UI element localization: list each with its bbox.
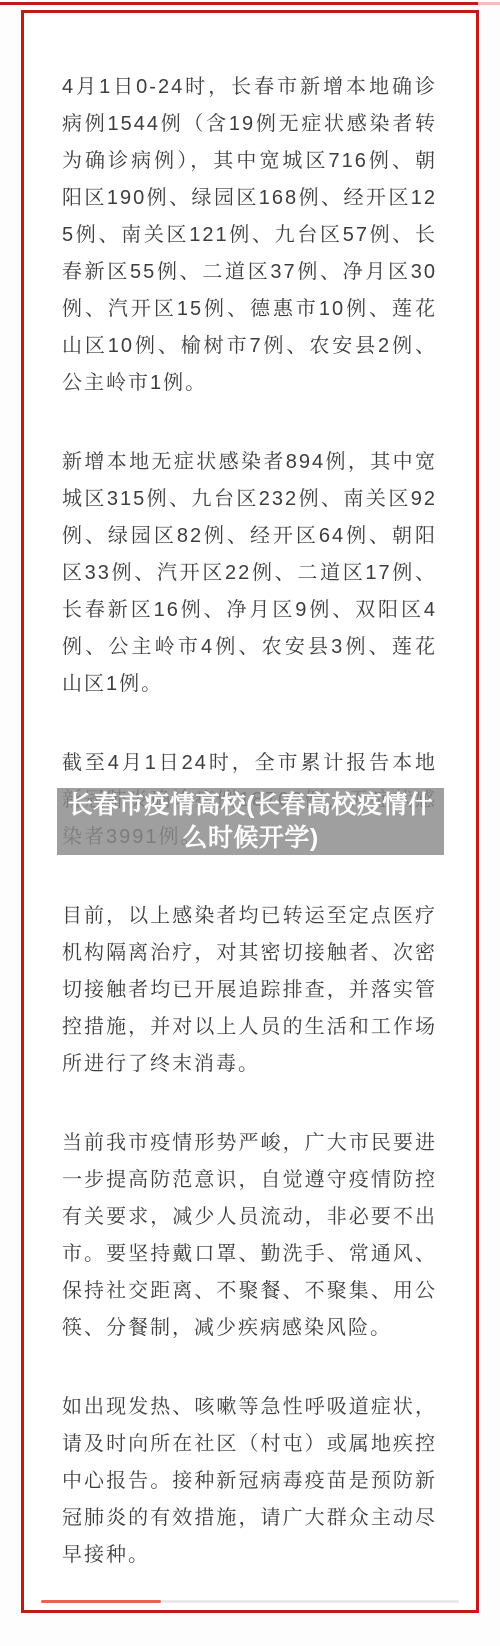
article-title-overlay: 长春市疫情高校(长春高校疫情什么时候开学) xyxy=(57,788,444,855)
paragraph-public-advice: 当前我市疫情形势严峻，广大市民要进一步提高防范意识，自觉遵守疫情防控有关要求，减… xyxy=(62,1125,437,1347)
top-border-line xyxy=(0,2,478,5)
paragraph-new-asymptomatic-cases: 新增本地无症状感染者894例，其中宽城区315例、九台区232例、南关区92例、… xyxy=(62,444,437,703)
page-title: 长春市疫情高校(长春高校疫情什么时候开学) xyxy=(57,789,444,855)
paragraph-new-confirmed-cases: 4月1日0-24时，长春市新增本地确诊病例1544例（含19例无症状感染者转为确… xyxy=(62,69,437,402)
paragraph-isolation-measures: 目前，以上感染者均已转运至定点医疗机构隔离治疗，对其密切接触者、次密切接触者均已… xyxy=(62,898,437,1083)
footer-divider-accent xyxy=(41,1600,161,1603)
page-background: 4月1日0-24时，长春市新增本地确诊病例1544例（含19例无症状感染者转为确… xyxy=(0,0,500,1646)
paragraph-symptom-reporting: 如出现发热、咳嗽等急性呼吸道症状，请及时向所在社区（村屯）或属地疾控中心报告。接… xyxy=(62,1389,437,1574)
top-border-line-fade xyxy=(478,2,500,5)
footer-divider xyxy=(41,1600,459,1603)
